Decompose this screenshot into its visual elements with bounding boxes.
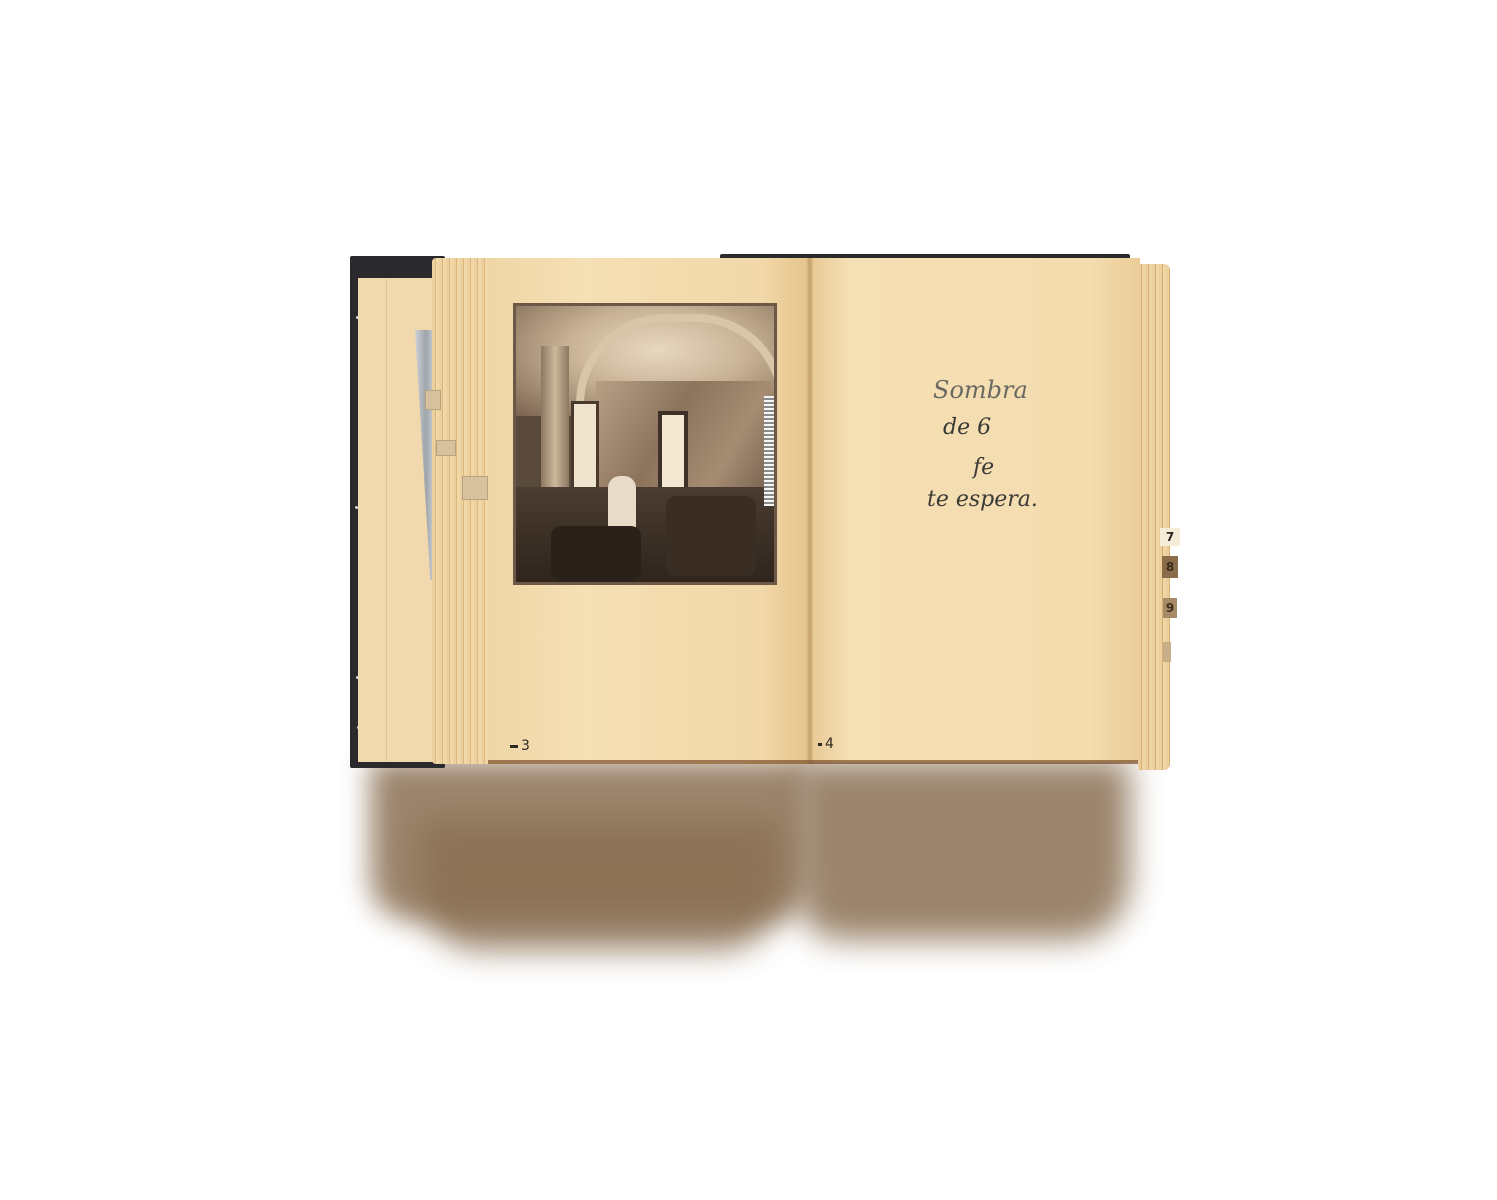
tape-hinge — [462, 476, 488, 500]
tape-hinge — [436, 440, 456, 456]
page-mark — [510, 745, 518, 748]
page-mark — [818, 743, 822, 746]
index-tab-7[interactable]: 7 — [1160, 528, 1180, 546]
page-number-left: 3 — [510, 738, 530, 754]
book-gutter — [806, 258, 814, 764]
index-tab-10[interactable] — [1163, 642, 1171, 662]
page-bottom-edge — [488, 760, 1138, 764]
tape-hinge — [425, 390, 441, 410]
right-page-stack — [1138, 264, 1170, 770]
handwritten-note: Sombra de 6 fe te espera. — [925, 372, 1125, 522]
sepia-photograph — [513, 303, 777, 585]
book-shadow-left-lower — [420, 820, 780, 950]
index-tab-8[interactable]: 8 — [1162, 556, 1178, 578]
book-shadow-right — [800, 760, 1130, 940]
left-page-stack — [432, 258, 494, 764]
index-tab-9[interactable]: 9 — [1163, 598, 1177, 618]
page-number-right: 4 — [818, 736, 834, 752]
